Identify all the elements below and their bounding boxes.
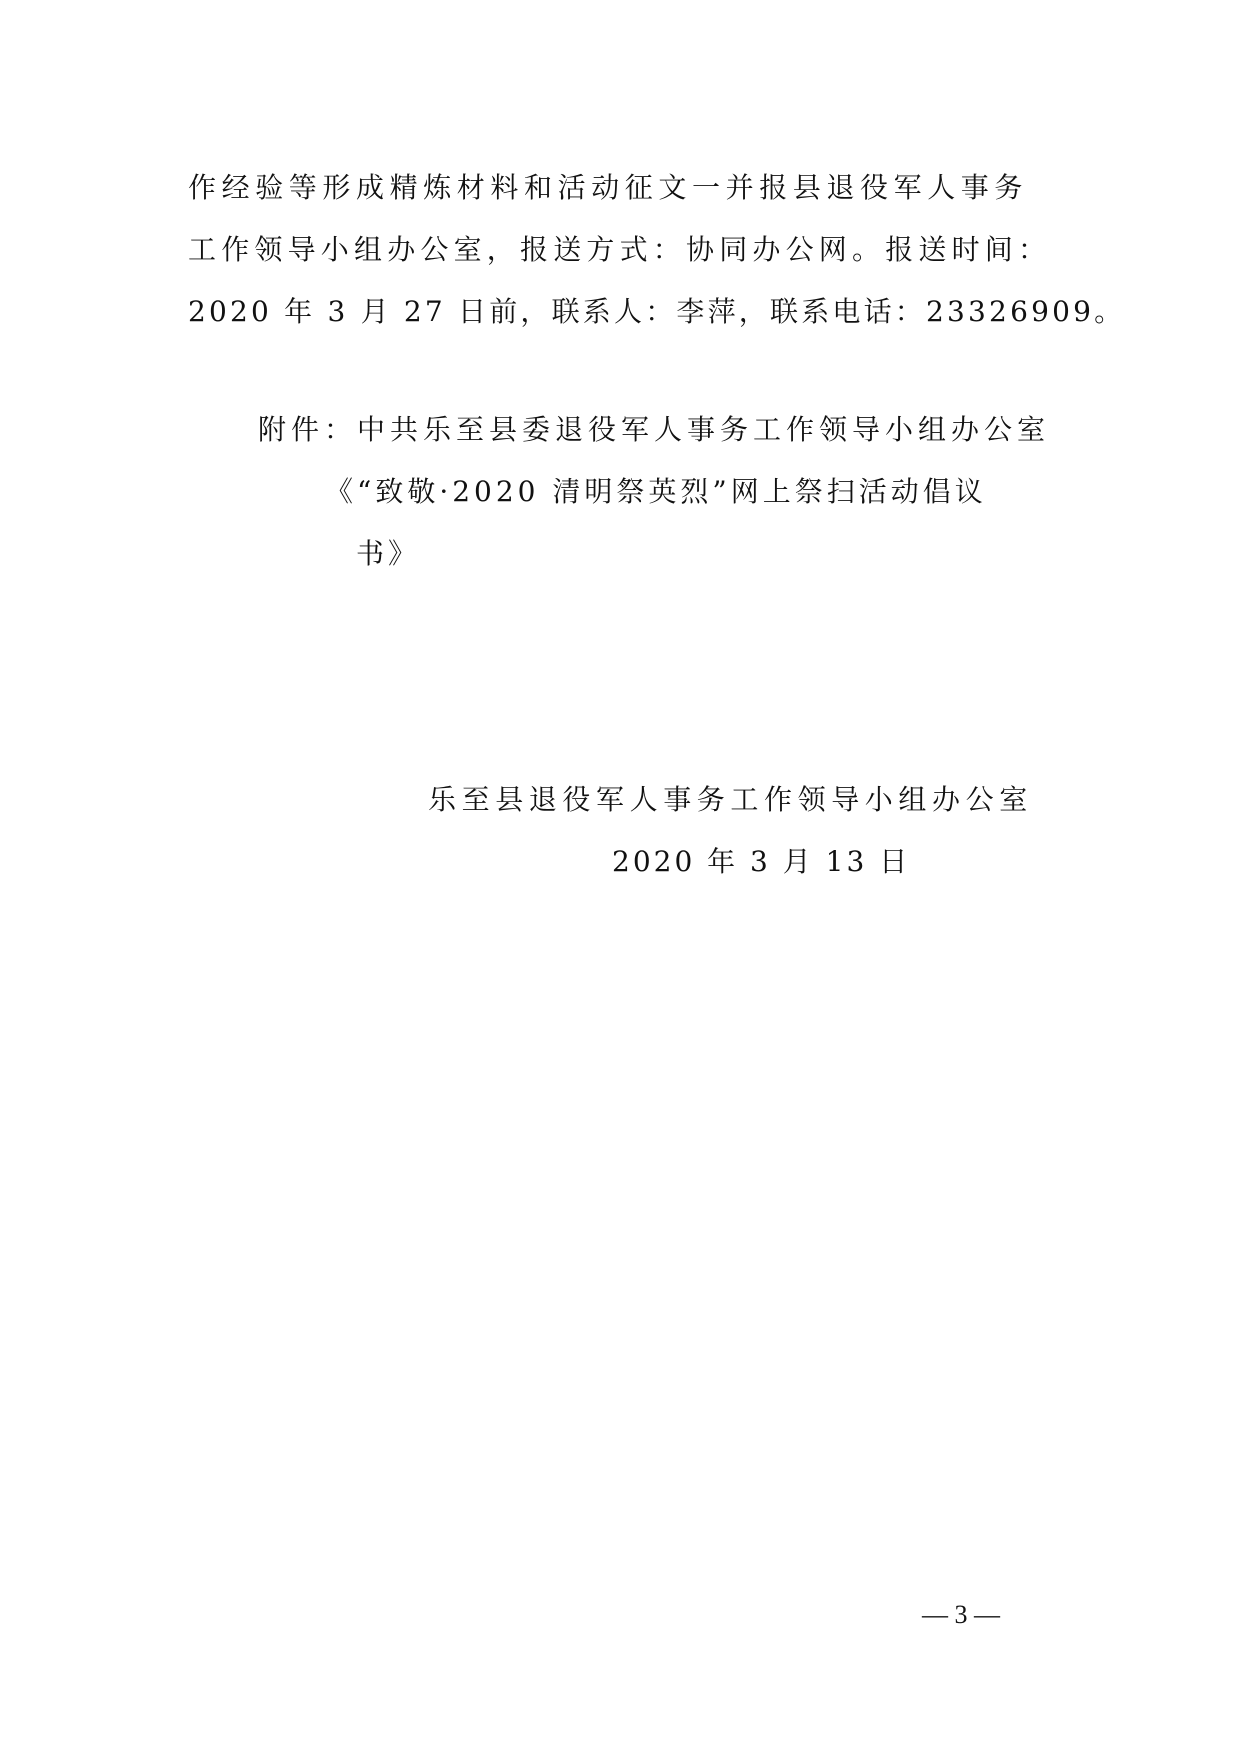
body-text-line-2: 工作领导小组办公室，报送方式：协同办公网。报送时间： bbox=[188, 230, 1051, 270]
attachment-line-3: 书》 bbox=[356, 534, 420, 574]
page-number: — 3 — bbox=[922, 1600, 1000, 1630]
signature-date: 2020 年 3 月 13 日 bbox=[612, 842, 910, 882]
body-text-line-1: 作经验等形成精炼材料和活动征文一并报县退役军人事务 bbox=[188, 168, 1028, 208]
signature-org: 乐至县退役军人事务工作领导小组办公室 bbox=[428, 780, 1033, 820]
body-text-line-3: 2020 年 3 月 27 日前，联系人：李萍，联系电话：23326909。 bbox=[188, 292, 1125, 332]
attachment-line-1: 附件：中共乐至县委退役军人事务工作领导小组办公室 bbox=[258, 410, 1050, 450]
attachment-line-2: 《“致敬·2020 清明祭英烈”网上祭扫活动倡议 bbox=[325, 472, 987, 512]
